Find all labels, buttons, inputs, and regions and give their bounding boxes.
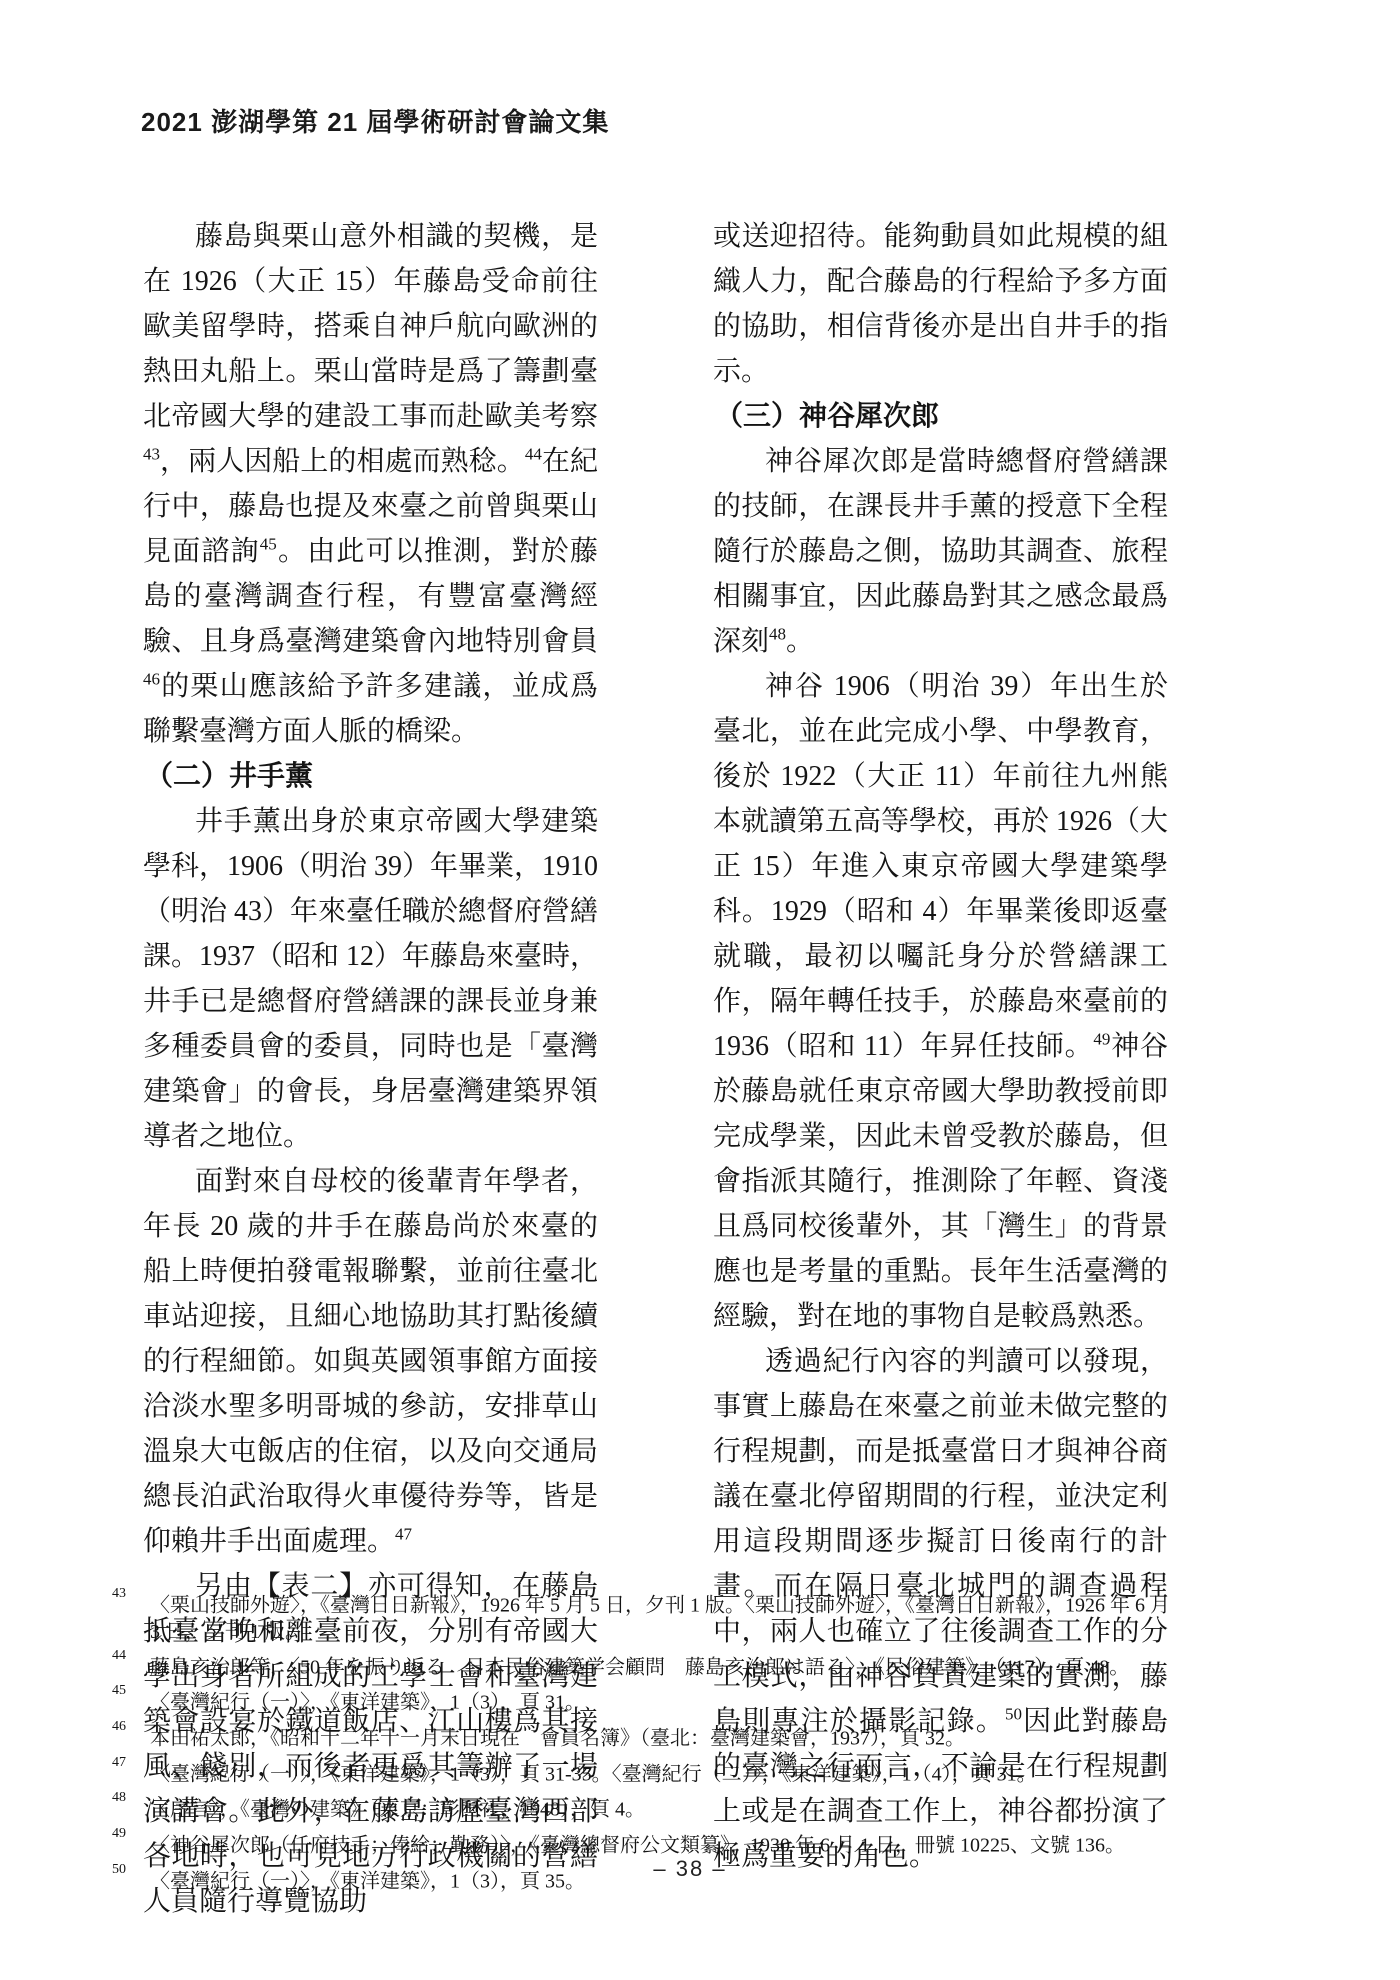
footnote-number: 44 <box>112 1643 150 1669</box>
text-run: 面對來自母校的後輩青年學者，年長 20 歲的井手在藤島尚於來臺的船上時便拍發電報… <box>143 1166 598 1557</box>
paragraph: 面對來自母校的後輩青年學者，年長 20 歲的井手在藤島尚於來臺的船上時便拍發電報… <box>143 1159 598 1564</box>
paragraph: 藤島與栗山意外相識的契機，是在 1926（大正 15）年藤島受命前往歐美留學時，… <box>143 214 598 754</box>
footnote-number: 46 <box>112 1714 150 1740</box>
footnote-text: 〈神谷犀次郎（任府技手；俸給；勤務）〉，《臺灣總督府公文類纂》，1930 年 6… <box>150 1835 1125 1857</box>
paragraph: 井手薰出身於東京帝國大學建築學科，1906（明治 39）年畢業，1910（明治 … <box>143 799 598 1159</box>
footnote-text: 〈臺灣紀行（一）〉，《東洋建築》，1（3），頁 31。 <box>150 1692 585 1714</box>
text-run: 神谷於藤島就任東京帝國大學助教授前即完成學業，因此未曾受教於藤島，但會指派其隨行… <box>713 1031 1168 1332</box>
footnote-ref: 45 <box>260 535 277 554</box>
text-run: 神谷 1906（明治 39）年出生於臺北，並在此完成小學、中學教育，後於 192… <box>713 671 1168 1062</box>
footnote: 45〈臺灣紀行（一）〉，《東洋建築》，1（3），頁 31。 <box>112 1685 1170 1716</box>
footnote-ref: 47 <box>395 1525 412 1544</box>
footnote-text: 〈栗山技師外遊〉，《臺灣日日新報》，1926 年 5 月 5 日，夕刊 1 版。… <box>150 1595 1170 1643</box>
footnote-number: 48 <box>112 1785 150 1811</box>
text-run: （三）神谷犀次郎 <box>715 401 939 432</box>
footnote-number: 49 <box>112 1821 150 1847</box>
footnote-text: 本田祐太郎，《昭和十二年十一月末日現在 會員名簿》（臺北：臺灣建築會，1937）… <box>150 1728 965 1750</box>
footnote-ref: 49 <box>1093 1030 1110 1049</box>
footnote: 46本田祐太郎，《昭和十二年十一月末日現在 會員名簿》（臺北：臺灣建築會，193… <box>112 1721 1170 1752</box>
text-run: ，兩人因船上的相處而熟稔。 <box>160 446 525 477</box>
footnote-text: 〈序言〉，《臺灣の建築》（東京：彰国社，1948），頁 4。 <box>150 1799 645 1821</box>
section-heading: （三）神谷犀次郎 <box>713 394 1168 439</box>
footnote: 49〈神谷犀次郎（任府技手；俸給；勤務）〉，《臺灣總督府公文類纂》，1930 年… <box>112 1828 1170 1859</box>
footnote: 48〈序言〉，《臺灣の建築》（東京：彰国社，1948），頁 4。 <box>112 1792 1170 1823</box>
section-heading: （二）井手薰 <box>143 754 598 799</box>
footnote-number: 47 <box>112 1750 150 1776</box>
footnotes-section: 43〈栗山技師外遊〉，《臺灣日日新報》，1926 年 5 月 5 日，夕刊 1 … <box>112 1588 1170 1899</box>
footnote-ref: 46 <box>143 670 160 689</box>
page-header: 2021 澎湖學第 21 屆學術研討會論文集 <box>141 102 609 139</box>
paragraph: 或送迎招待。能夠動員如此規模的組織人力，配合藤島的行程給予多方面的協助，相信背後… <box>713 214 1168 394</box>
text-run: （二）井手薰 <box>145 761 313 792</box>
footnote-number: 43 <box>112 1581 150 1607</box>
footnote-ref: 43 <box>143 445 160 464</box>
paragraph: 神谷犀次郎是當時總督府營繕課的技師，在課長井手薰的授意下全程隨行於藤島之側，協助… <box>713 439 1168 664</box>
footnote: 47〈臺灣紀行（一）〉，《東洋建築》，1（3），頁 31-35。〈臺灣紀行（二）… <box>112 1757 1170 1788</box>
text-run: 或送迎招待。能夠動員如此規模的組織人力，配合藤島的行程給予多方面的協助，相信背後… <box>713 221 1168 387</box>
footnote-text: 藤島亥治郎等，〈50 年を振り返る 日本民俗建築学会顧問 藤島亥治郎は語る〉，《… <box>150 1656 1129 1678</box>
page-number: – 38 – <box>0 1856 1380 1882</box>
footnote: 44藤島亥治郎等，〈50 年を振り返る 日本民俗建築学会顧問 藤島亥治郎は語る〉… <box>112 1650 1170 1681</box>
text-run: 的栗山應該給予許多建議，並成爲聯繫臺灣方面人脈的橋梁。 <box>143 671 598 747</box>
footnote-text: 〈臺灣紀行（一）〉，《東洋建築》，1（3），頁 31-35。〈臺灣紀行（二）〉，… <box>150 1763 1037 1785</box>
footnote-ref: 48 <box>769 625 786 644</box>
footnote-ref: 44 <box>525 445 542 464</box>
paragraph: 神谷 1906（明治 39）年出生於臺北，並在此完成小學、中學教育，後於 192… <box>713 664 1168 1339</box>
text-run: 。 <box>786 626 814 657</box>
footnote: 43〈栗山技師外遊〉，《臺灣日日新報》，1926 年 5 月 5 日，夕刊 1 … <box>112 1588 1170 1645</box>
text-run: 藤島與栗山意外相識的契機，是在 1926（大正 15）年藤島受命前往歐美留學時，… <box>143 221 598 432</box>
footnote-number: 45 <box>112 1678 150 1704</box>
text-run: 井手薰出身於東京帝國大學建築學科，1906（明治 39）年畢業，1910（明治 … <box>143 806 598 1152</box>
document-page: 2021 澎湖學第 21 屆學術研討會論文集 藤島與栗山意外相識的契機，是在 1… <box>0 0 1400 1980</box>
